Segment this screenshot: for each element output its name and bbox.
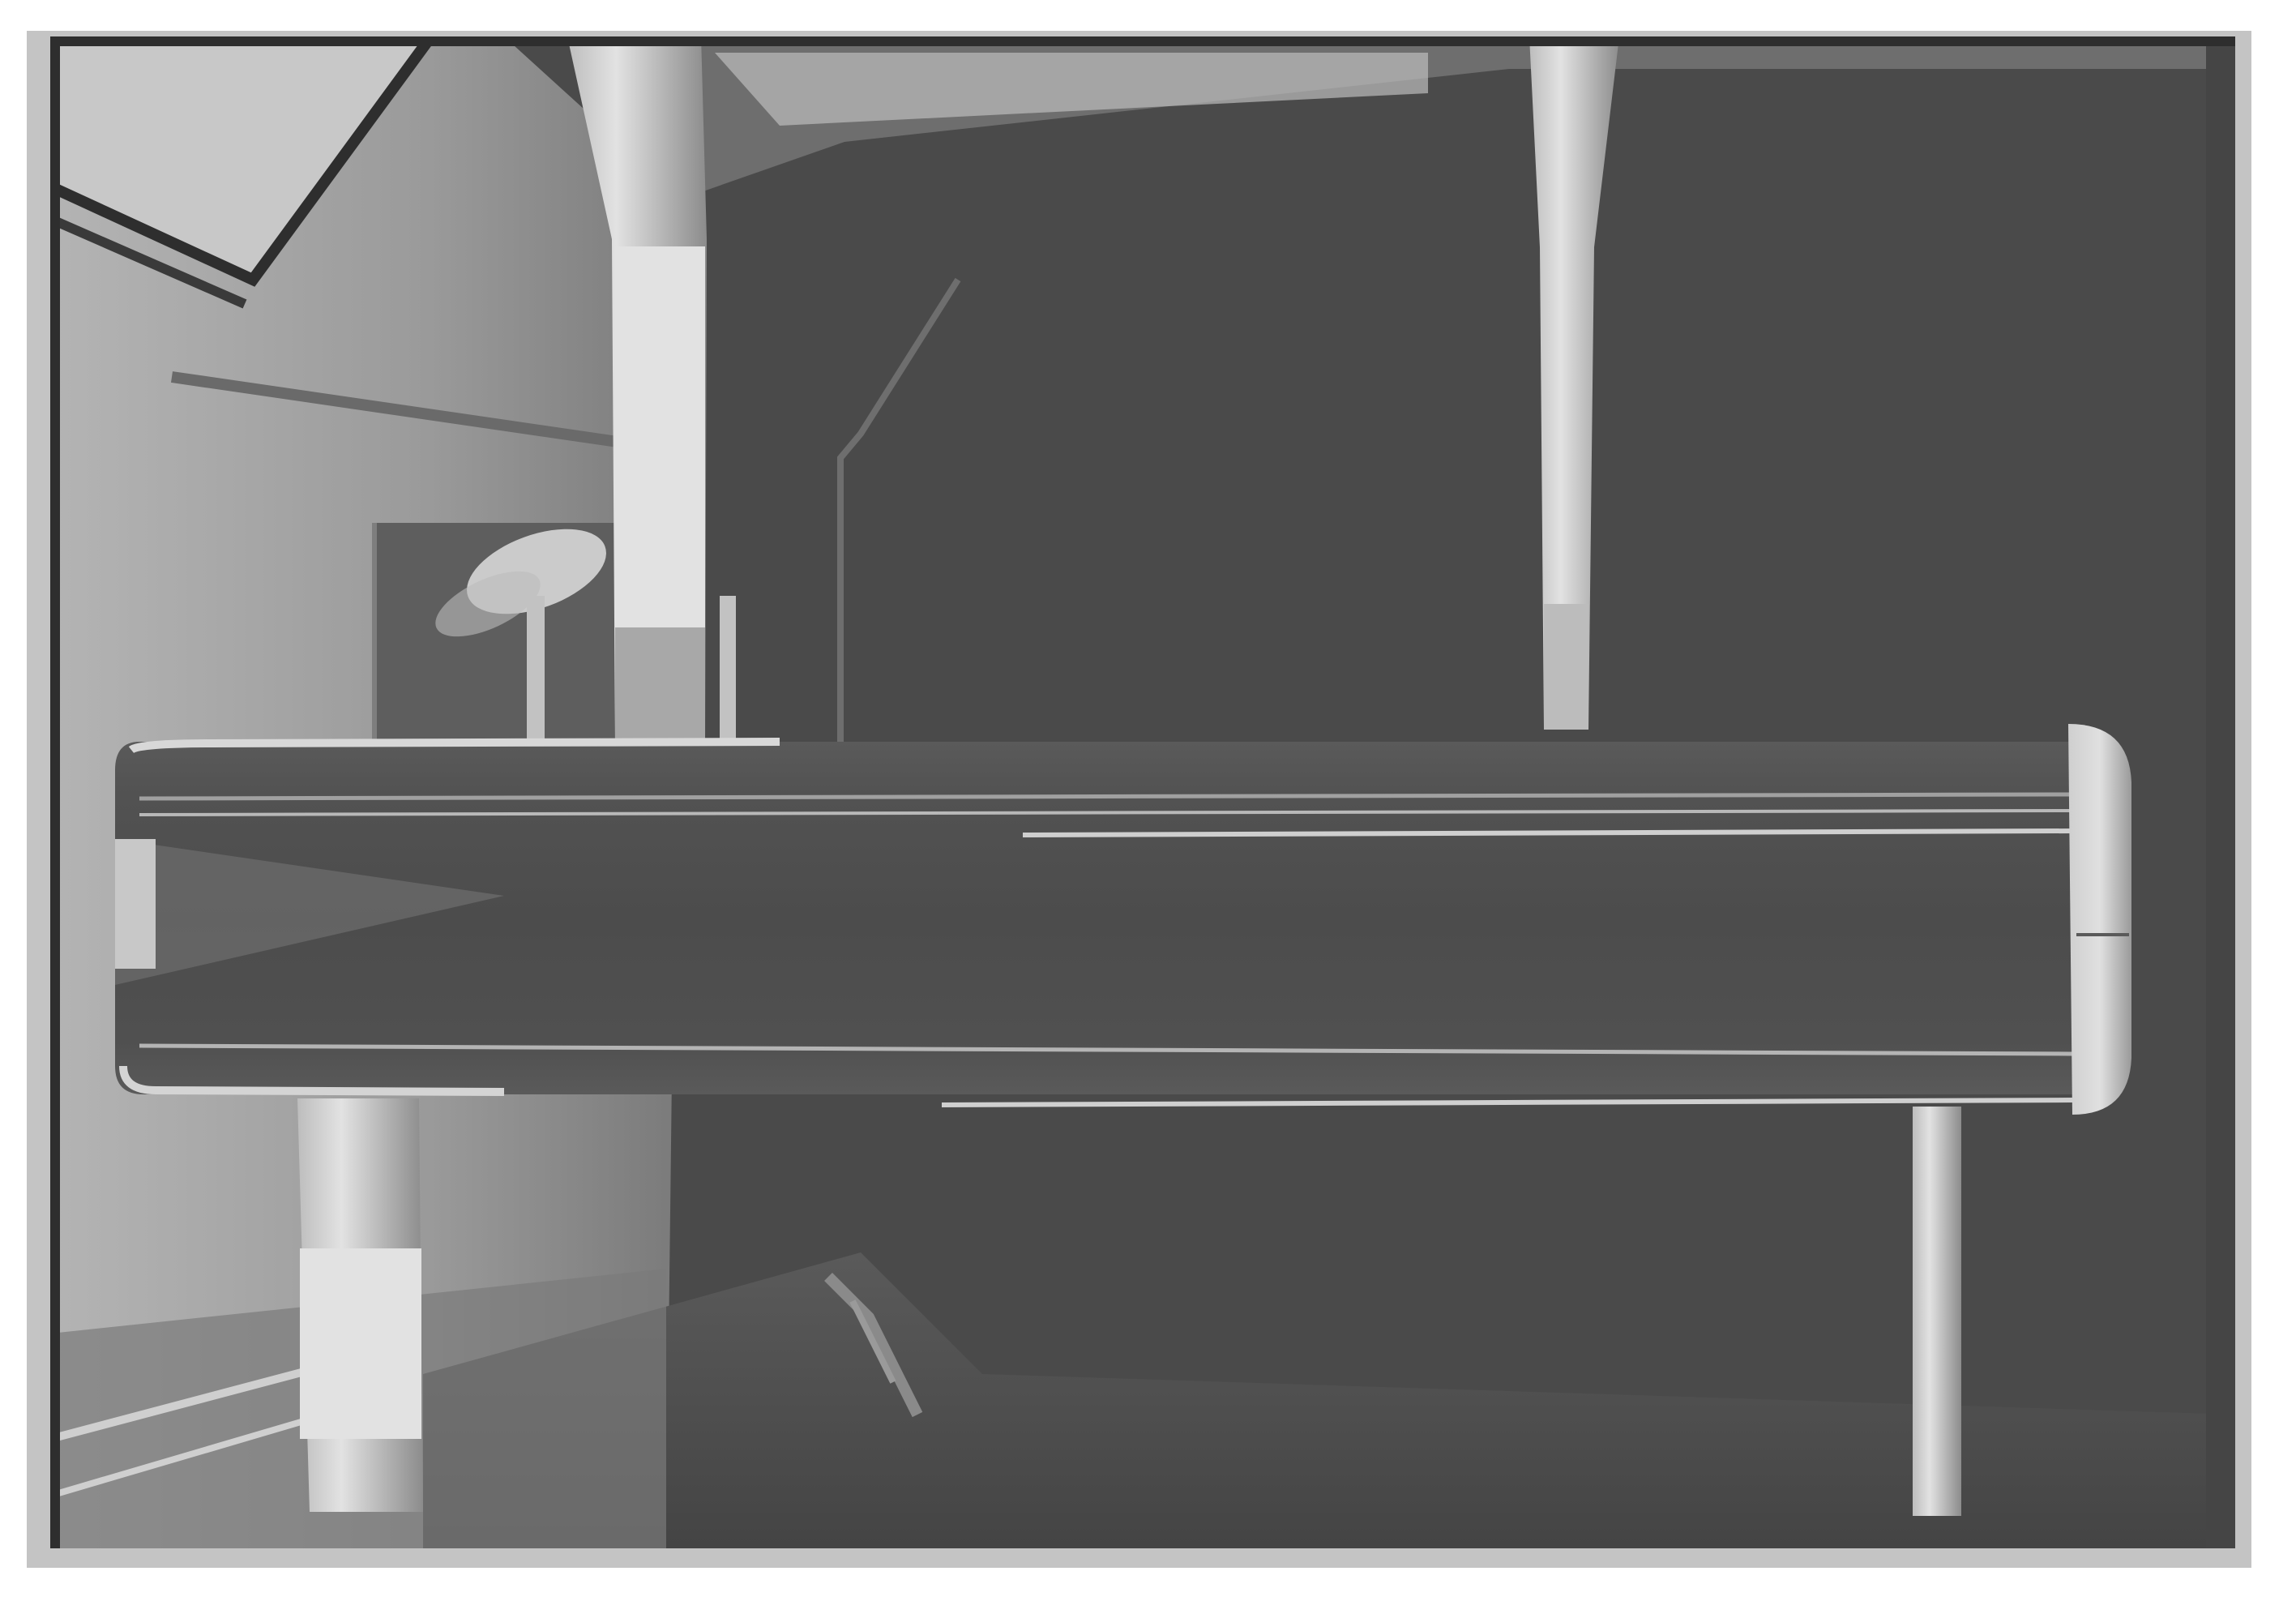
strut-bottom-left-tape [300,1248,421,1439]
wing-root-band [115,839,156,969]
strut-bottom-right [1913,1107,1961,1516]
wind-tunnel-photo [50,36,2235,1548]
wing-model [115,742,2072,1105]
wing-tip-cap [2068,724,2131,1115]
photo-scene [50,36,2235,1548]
strut-top-left-tape [615,246,705,627]
